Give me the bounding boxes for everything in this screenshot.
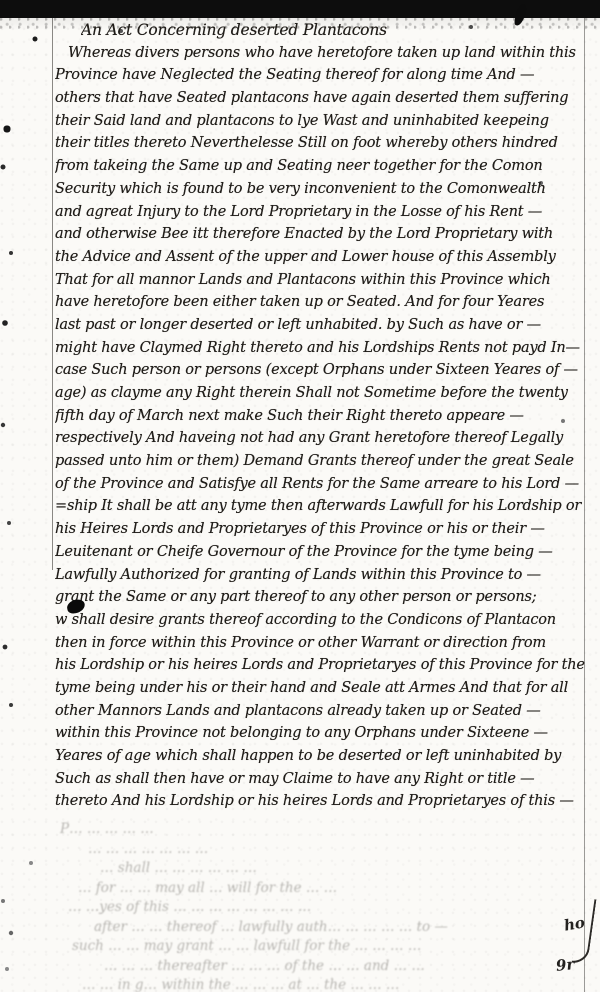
manuscript-line: =ship It shall be att any tyme then afte… — [55, 495, 587, 518]
manuscript-line: Whereas divers persons who have heretofo… — [68, 42, 587, 65]
manuscript-line: their Said land and plantacons to lye Wa… — [55, 110, 587, 133]
manuscript-line: from takeing the Same up and Seating nee… — [55, 155, 587, 178]
edge-ink-mark: 9r — [555, 957, 575, 974]
faded-line: … … … thereafter … … … of the … … and … … — [104, 957, 580, 977]
manuscript-text: An Act Concerning deserted Plantacons Wh… — [55, 19, 587, 813]
document-title: An Act Concerning deserted Plantacons — [81, 19, 587, 42]
manuscript-line: Security which is found to be very incon… — [55, 178, 587, 201]
faded-line: after … … thereof … lawfully auth… … … …… — [94, 918, 580, 938]
margin-rule — [52, 14, 53, 570]
manuscript-line: and otherwise Bee itt therefore Enacted … — [55, 223, 587, 246]
manuscript-line: Leuitenant or Cheife Governour of the Pr… — [55, 541, 587, 564]
manuscript-line: age) as clayme any Right therein Shall n… — [55, 382, 587, 405]
manuscript-line: Such as shall then have or may Claime to… — [55, 768, 587, 791]
manuscript-page: 1650 An Act Concerning deserted Plantaco… — [0, 0, 600, 992]
manuscript-line: fifth day of March next make Such their … — [55, 405, 587, 428]
manuscript-line: his Lordship or his heires Lords and Pro… — [55, 654, 587, 677]
manuscript-line: tyme being under his or their hand and S… — [55, 677, 587, 700]
manuscript-line: respectively And haveing not had any Gra… — [55, 427, 587, 450]
faded-line: … shall … … … … … … — [100, 859, 580, 879]
manuscript-line: Lawfully Authorized for granting of Land… — [55, 564, 587, 587]
manuscript-line: the Advice and Assent of the upper and L… — [55, 246, 587, 269]
faded-line: … … … … … … … — [88, 840, 580, 860]
manuscript-line: passed unto him or them) Demand Grants t… — [55, 450, 587, 473]
manuscript-line: have heretofore been either taken up or … — [55, 291, 587, 314]
manuscript-line: w shall desire grants thereof according … — [55, 609, 587, 632]
manuscript-line: Province have Neglected the Seating ther… — [55, 64, 587, 87]
faded-line: … for … … may all … will for the … … — [78, 879, 580, 899]
manuscript-line: his Heires Lords and Proprietaryes of th… — [55, 518, 587, 541]
manuscript-line: then in force within this Province or ot… — [55, 632, 587, 655]
faded-line: … … in g… within the … … … at … the … … … — [82, 976, 580, 992]
manuscript-line: Yeares of age which shall happen to be d… — [55, 745, 587, 768]
manuscript-line: thereto And his Lordship or his heires L… — [55, 790, 587, 813]
scan-edge-band — [0, 0, 600, 18]
manuscript-line: others that have Seated plantacons have … — [55, 87, 587, 110]
manuscript-line: might have Claymed Right thereto and his… — [55, 337, 587, 360]
faded-line: … …yes of this … … … … … … … … — [68, 898, 580, 918]
manuscript-line: their titles thereto Neverthelesse Still… — [55, 132, 587, 155]
manuscript-line: of the Province and Satisfye all Rents f… — [55, 473, 587, 496]
faded-line: P… … … … … — [60, 820, 580, 840]
manuscript-line: and agreat Injury to the Lord Proprietar… — [55, 201, 587, 224]
manuscript-line: That for all mannor Lands and Plantacons… — [55, 269, 587, 292]
manuscript-line: last past or longer deserted or left unh… — [55, 314, 587, 337]
faded-line: such … … may grant … … lawfull for the …… — [72, 937, 580, 957]
manuscript-line: case Such person or persons (except Orph… — [55, 359, 587, 382]
manuscript-line: other Mannors Lands and plantacons alrea… — [55, 700, 587, 723]
edge-ink-mark: ho — [563, 915, 586, 933]
faded-text-block: P… … … … … … … … … … … … … shall … … … …… — [60, 820, 580, 992]
manuscript-line: within this Province not belonging to an… — [55, 722, 587, 745]
manuscript-line: grant the Same or any part thereof to an… — [55, 586, 587, 609]
